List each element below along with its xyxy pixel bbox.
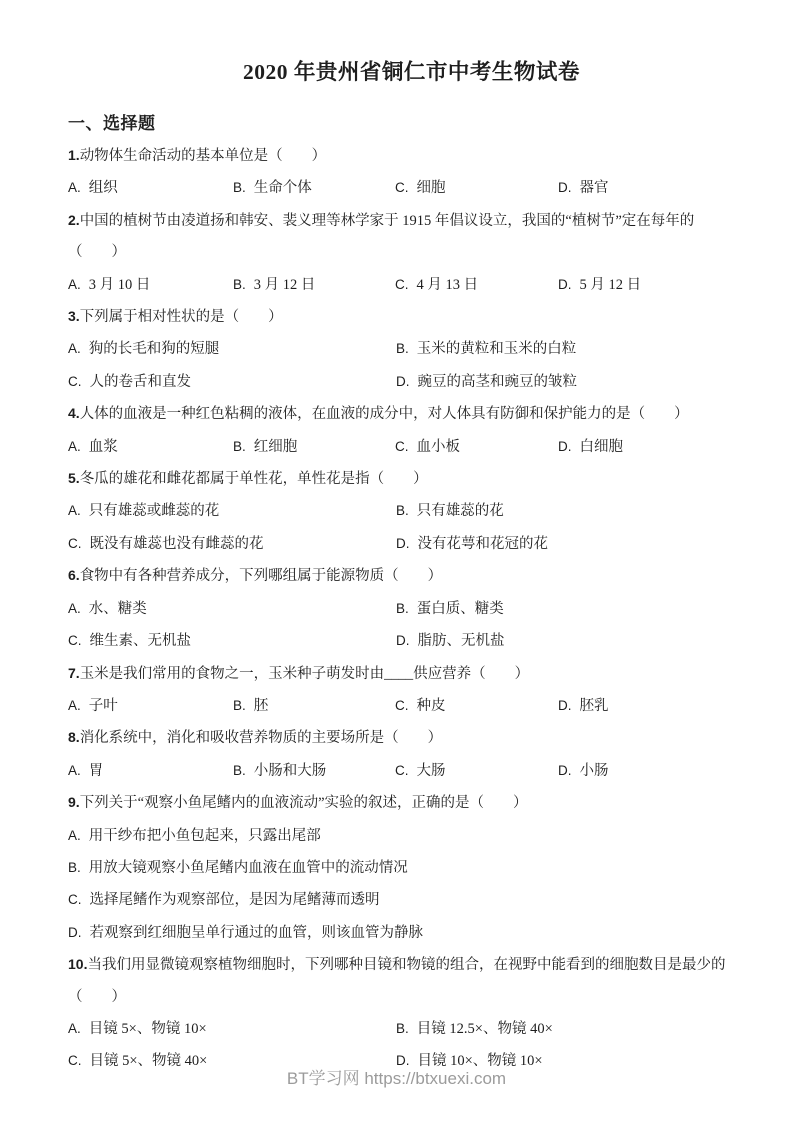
option-a-label: A. <box>68 1021 81 1036</box>
question-8-stem: 8.消化系统中，消化和吸收营养物质的主要场所是（ ） <box>68 722 740 754</box>
question-4-options: A.血浆 B.红细胞 C.血小板 D.白细胞 <box>68 431 740 463</box>
section-heading: 一、选择题 <box>68 107 740 140</box>
question-9-option-c: C.选择尾鳍作为观察部位，是因为尾鳍薄而透明 <box>68 884 740 916</box>
question-6-option-b: B.蛋白质、糖类 <box>396 593 740 625</box>
question-8-option-a: A.胃 <box>68 755 233 787</box>
option-d-text: 没有花萼和花冠的花 <box>418 536 549 552</box>
question-4-number: 4. <box>68 405 80 421</box>
option-c-text: 4 月 13 日 <box>417 277 479 293</box>
question-8-number: 8. <box>68 729 80 745</box>
question-3-option-c: C.人的卷舌和直发 <box>68 366 396 398</box>
option-a-text: 胃 <box>89 763 104 779</box>
option-d-label: D. <box>558 698 572 713</box>
option-c-label: C. <box>395 439 409 454</box>
option-a-text: 狗的长毛和狗的短腿 <box>89 341 220 357</box>
option-a-label: A. <box>68 277 81 292</box>
question-1-option-d: D.器官 <box>558 172 740 204</box>
option-c-text: 既没有雄蕊也没有雌蕊的花 <box>90 536 264 552</box>
question-9-option-d: D.若观察到红细胞呈单行通过的血管，则该血管为静脉 <box>68 917 740 949</box>
option-b-text: 3 月 12 日 <box>254 277 316 293</box>
question-8-option-c: C.大肠 <box>395 755 558 787</box>
option-b-label: B. <box>396 1021 409 1036</box>
question-10-stem: 10.当我们用显微镜观察植物细胞时，下列哪种目镜和物镜的组合，在视野中能看到的细… <box>68 949 740 1013</box>
option-d-text: 胚乳 <box>580 698 609 714</box>
option-a-text: 组织 <box>89 180 118 196</box>
question-2-stem: 2.中国的植树节由凌道扬和韩安、裴义理等林学家于 1915 年倡议设立，我国的“… <box>68 205 740 269</box>
question-5-text: 冬瓜的雄花和雌花都属于单性花，单性花是指（ ） <box>80 471 428 487</box>
question-3-stem: 3.下列属于相对性状的是（ ） <box>68 301 740 333</box>
option-d-text: 器官 <box>580 180 609 196</box>
option-a-label: A. <box>68 601 81 616</box>
option-a-text: 子叶 <box>89 698 118 714</box>
question-3-option-d: D.豌豆的高茎和豌豆的皱粒 <box>396 366 740 398</box>
question-7-number: 7. <box>68 665 80 681</box>
option-c-text: 选择尾鳍作为观察部位，是因为尾鳍薄而透明 <box>90 892 380 908</box>
option-d-text: 小肠 <box>580 763 609 779</box>
question-7-options: A.子叶 B.胚 C.种皮 D.胚乳 <box>68 690 740 722</box>
question-10-number: 10. <box>68 956 87 972</box>
question-3-number: 3. <box>68 308 80 324</box>
question-7-option-b: B.胚 <box>233 690 395 722</box>
option-a-text: 目镜 5×、物镜 10× <box>89 1021 207 1037</box>
question-7-text: 玉米是我们常用的食物之一，玉米种子萌发时由____供应营养（ ） <box>80 666 530 682</box>
option-b-text: 玉米的黄粒和玉米的白粒 <box>417 341 577 357</box>
question-1-stem: 1.动物体生命活动的基本单位是（ ） <box>68 140 740 172</box>
option-c-text: 维生素、无机盐 <box>90 633 192 649</box>
question-1-text: 动物体生命活动的基本单位是（ ） <box>80 148 327 164</box>
exam-page: 2020 年贵州省铜仁市中考生物试卷 一、选择题 1.动物体生命活动的基本单位是… <box>0 0 793 1122</box>
question-8-option-d: D.小肠 <box>558 755 740 787</box>
question-9-number: 9. <box>68 794 80 810</box>
question-1: 1.动物体生命活动的基本单位是（ ） A.组织 B.生命个体 C.细胞 D.器官 <box>68 140 740 205</box>
option-c-text: 大肠 <box>417 763 446 779</box>
option-d-text: 5 月 12 日 <box>580 277 642 293</box>
question-7: 7.玉米是我们常用的食物之一，玉米种子萌发时由____供应营养（ ） A.子叶 … <box>68 658 740 723</box>
question-9-stem: 9.下列关于“观察小鱼尾鳍内的血液流动”实验的叙述，正确的是（ ） <box>68 787 740 819</box>
question-1-option-a: A.组织 <box>68 172 233 204</box>
question-5-stem: 5.冬瓜的雄花和雌花都属于单性花，单性花是指（ ） <box>68 463 740 495</box>
question-2-number: 2. <box>68 212 80 228</box>
option-d-label: D. <box>396 1053 410 1068</box>
question-6-number: 6. <box>68 567 80 583</box>
question-4-option-b: B.红细胞 <box>233 431 395 463</box>
option-d-label: D. <box>558 763 572 778</box>
option-c-label: C. <box>395 277 409 292</box>
option-b-label: B. <box>396 601 409 616</box>
option-a-label: A. <box>68 763 81 778</box>
option-a-label: A. <box>68 180 81 195</box>
question-3-option-b: B.玉米的黄粒和玉米的白粒 <box>396 333 740 365</box>
option-b-text: 目镜 12.5×、物镜 40× <box>417 1021 553 1037</box>
option-c-label: C. <box>68 892 82 907</box>
option-b-text: 小肠和大肠 <box>254 763 327 779</box>
question-6: 6.食物中有各种营养成分，下列哪组属于能源物质（ ） A.水、糖类 B.蛋白质、… <box>68 560 740 657</box>
question-6-option-d: D.脂肪、无机盐 <box>396 625 740 657</box>
option-b-text: 红细胞 <box>254 439 298 455</box>
option-d-label: D. <box>68 925 82 940</box>
option-d-label: D. <box>558 277 572 292</box>
option-c-label: C. <box>68 633 82 648</box>
option-d-label: D. <box>396 374 410 389</box>
question-7-option-d: D.胚乳 <box>558 690 740 722</box>
question-1-options: A.组织 B.生命个体 C.细胞 D.器官 <box>68 172 740 204</box>
question-7-stem: 7.玉米是我们常用的食物之一，玉米种子萌发时由____供应营养（ ） <box>68 658 740 690</box>
question-9-option-b: B.用放大镜观察小鱼尾鳍内血液在血管中的流动情况 <box>68 852 740 884</box>
question-4-option-d: D.白细胞 <box>558 431 740 463</box>
question-10-text: 当我们用显微镜观察植物细胞时，下列哪种目镜和物镜的组合，在视野中能看到的细胞数目… <box>68 957 725 1004</box>
option-a-label: A. <box>68 503 81 518</box>
question-9-option-a: A.用干纱布把小鱼包起来，只露出尾部 <box>68 820 740 852</box>
option-c-text: 细胞 <box>417 180 446 196</box>
option-a-text: 血浆 <box>89 439 118 455</box>
question-3-option-a: A.狗的长毛和狗的短腿 <box>68 333 396 365</box>
option-b-label: B. <box>233 439 246 454</box>
question-8: 8.消化系统中，消化和吸收营养物质的主要场所是（ ） A.胃 B.小肠和大肠 C… <box>68 722 740 787</box>
option-a-text: 只有雄蕊或雌蕊的花 <box>89 503 220 519</box>
question-4-option-a: A.血浆 <box>68 431 233 463</box>
question-5-options: A.只有雄蕊或雌蕊的花 B.只有雄蕊的花 C.既没有雄蕊也没有雌蕊的花 D.没有… <box>68 495 740 560</box>
option-b-label: B. <box>233 277 246 292</box>
question-2-text: 中国的植树节由凌道扬和韩安、裴义理等林学家于 1915 年倡议设立，我国的“植树… <box>68 213 694 260</box>
option-a-label: A. <box>68 698 81 713</box>
option-b-label: B. <box>233 698 246 713</box>
option-a-label: A. <box>68 341 81 356</box>
question-8-text: 消化系统中，消化和吸收营养物质的主要场所是（ ） <box>80 730 443 746</box>
option-b-text: 胚 <box>254 698 269 714</box>
question-2-option-c: C.4 月 13 日 <box>395 269 558 301</box>
question-5-option-c: C.既没有雄蕊也没有雌蕊的花 <box>68 528 396 560</box>
question-2-option-b: B.3 月 12 日 <box>233 269 395 301</box>
option-a-text: 用干纱布把小鱼包起来，只露出尾部 <box>89 828 321 844</box>
question-5-option-a: A.只有雄蕊或雌蕊的花 <box>68 495 396 527</box>
question-1-option-b: B.生命个体 <box>233 172 395 204</box>
question-2-option-a: A.3 月 10 日 <box>68 269 233 301</box>
option-d-text: 目镜 10×、物镜 10× <box>418 1053 543 1069</box>
question-7-option-c: C.种皮 <box>395 690 558 722</box>
question-3-options: A.狗的长毛和狗的短腿 B.玉米的黄粒和玉米的白粒 C.人的卷舌和直发 D.豌豆… <box>68 333 740 398</box>
question-9-options: A.用干纱布把小鱼包起来，只露出尾部 B.用放大镜观察小鱼尾鳍内血液在血管中的流… <box>68 820 740 950</box>
question-5: 5.冬瓜的雄花和雌花都属于单性花，单性花是指（ ） A.只有雄蕊或雌蕊的花 B.… <box>68 463 740 560</box>
option-d-label: D. <box>558 439 572 454</box>
option-c-text: 血小板 <box>417 439 461 455</box>
question-4-text: 人体的血液是一种红色粘稠的液体，在血液的成分中，对人体具有防御和保护能力的是（ … <box>80 406 689 422</box>
question-5-number: 5. <box>68 470 80 486</box>
option-c-text: 人的卷舌和直发 <box>90 374 192 390</box>
option-a-label: A. <box>68 828 81 843</box>
question-5-option-d: D.没有花萼和花冠的花 <box>396 528 740 560</box>
option-d-label: D. <box>396 633 410 648</box>
option-d-text: 脂肪、无机盐 <box>418 633 505 649</box>
question-2-options: A.3 月 10 日 B.3 月 12 日 C.4 月 13 日 D.5 月 1… <box>68 269 740 301</box>
question-4: 4.人体的血液是一种红色粘稠的液体，在血液的成分中，对人体具有防御和保护能力的是… <box>68 398 740 463</box>
option-b-label: B. <box>396 341 409 356</box>
option-b-label: B. <box>233 763 246 778</box>
option-d-text: 白细胞 <box>580 439 624 455</box>
option-a-text: 3 月 10 日 <box>89 277 151 293</box>
question-4-option-c: C.血小板 <box>395 431 558 463</box>
option-b-label: B. <box>233 180 246 195</box>
question-3: 3.下列属于相对性状的是（ ） A.狗的长毛和狗的短腿 B.玉米的黄粒和玉米的白… <box>68 301 740 398</box>
option-d-label: D. <box>558 180 572 195</box>
question-4-stem: 4.人体的血液是一种红色粘稠的液体，在血液的成分中，对人体具有防御和保护能力的是… <box>68 398 740 430</box>
option-c-label: C. <box>68 1053 82 1068</box>
option-d-text: 若观察到红细胞呈单行通过的血管，则该血管为静脉 <box>90 925 424 941</box>
question-8-option-b: B.小肠和大肠 <box>233 755 395 787</box>
question-7-option-a: A.子叶 <box>68 690 233 722</box>
question-10-option-a: A.目镜 5×、物镜 10× <box>68 1013 396 1045</box>
option-b-text: 蛋白质、糖类 <box>417 601 504 617</box>
question-5-option-b: B.只有雄蕊的花 <box>396 495 740 527</box>
question-9-text: 下列关于“观察小鱼尾鳍内的血液流动”实验的叙述，正确的是（ ） <box>80 795 528 811</box>
option-d-text: 豌豆的高茎和豌豆的皱粒 <box>418 374 578 390</box>
question-10-option-b: B.目镜 12.5×、物镜 40× <box>396 1013 740 1045</box>
option-b-label: B. <box>396 503 409 518</box>
option-c-text: 种皮 <box>417 698 446 714</box>
option-b-text: 用放大镜观察小鱼尾鳍内血液在血管中的流动情况 <box>89 860 408 876</box>
watermark-footer: BT学习网 https://btxuexi.com <box>0 1068 793 1090</box>
question-3-text: 下列属于相对性状的是（ ） <box>80 309 283 325</box>
question-9: 9.下列关于“观察小鱼尾鳍内的血液流动”实验的叙述，正确的是（ ） A.用干纱布… <box>68 787 740 949</box>
option-a-text: 水、糖类 <box>89 601 147 617</box>
question-6-text: 食物中有各种营养成分，下列哪组属于能源物质（ ） <box>80 568 443 584</box>
option-b-label: B. <box>68 860 81 875</box>
question-1-option-c: C.细胞 <box>395 172 558 204</box>
question-6-option-c: C.维生素、无机盐 <box>68 625 396 657</box>
option-c-label: C. <box>395 763 409 778</box>
question-1-number: 1. <box>68 147 80 163</box>
option-c-label: C. <box>68 536 82 551</box>
option-b-text: 生命个体 <box>254 180 312 196</box>
option-c-label: C. <box>395 698 409 713</box>
question-2: 2.中国的植树节由凌道扬和韩安、裴义理等林学家于 1915 年倡议设立，我国的“… <box>68 205 740 301</box>
option-d-label: D. <box>396 536 410 551</box>
question-10: 10.当我们用显微镜观察植物细胞时，下列哪种目镜和物镜的组合，在视野中能看到的细… <box>68 949 740 1078</box>
question-6-stem: 6.食物中有各种营养成分，下列哪组属于能源物质（ ） <box>68 560 740 592</box>
option-b-text: 只有雄蕊的花 <box>417 503 504 519</box>
question-2-option-d: D.5 月 12 日 <box>558 269 740 301</box>
option-c-label: C. <box>395 180 409 195</box>
option-c-text: 目镜 5×、物镜 40× <box>90 1053 208 1069</box>
question-8-options: A.胃 B.小肠和大肠 C.大肠 D.小肠 <box>68 755 740 787</box>
question-6-option-a: A.水、糖类 <box>68 593 396 625</box>
option-a-label: A. <box>68 439 81 454</box>
option-c-label: C. <box>68 374 82 389</box>
document-title: 2020 年贵州省铜仁市中考生物试卷 <box>68 57 755 87</box>
question-6-options: A.水、糖类 B.蛋白质、糖类 C.维生素、无机盐 D.脂肪、无机盐 <box>68 593 740 658</box>
